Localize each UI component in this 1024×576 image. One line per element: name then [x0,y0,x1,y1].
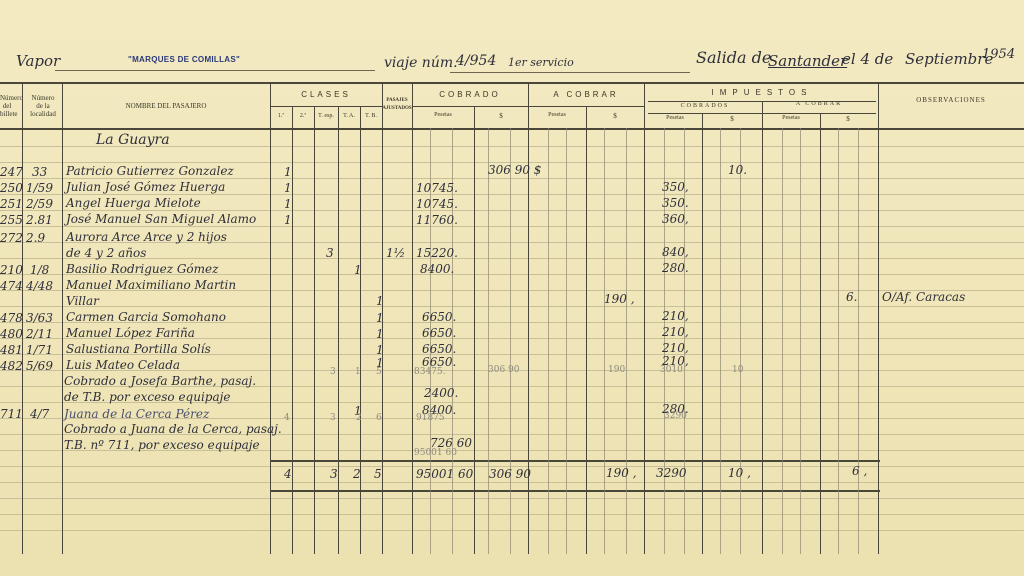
passenger-name: Patricio Gutierrez Gonzalez [66,164,234,178]
salida-date-label: el 4 de [842,50,893,68]
col-impuestos-cobrados: COBRADOS [648,103,762,109]
viaje-suffix: 1er servicio [508,56,574,69]
col-cobrado: COBRADO [412,90,528,99]
col-numero-billete: Número del billete [0,94,14,118]
passenger-name: Julian José Gómez Huerga [66,180,225,194]
passenger-name: Aurora Arce Arce y 2 hijos [66,230,227,244]
passenger-name: Angel Huerga Mielote [66,196,201,210]
salida-year: 1954 [982,47,1015,62]
col-clase-1: 1.ª [270,113,292,119]
passenger-name-cont: Villar [66,294,99,308]
passenger-name: Basilio Rodriguez Gómez [66,262,218,276]
totals-top-rule [270,460,880,462]
col-clase-2: 2.ª [292,113,314,119]
clases-sub-rule [270,106,382,107]
vapor-label: Vapor [16,52,60,70]
col-imp-cobrados-usd: $ [702,115,762,123]
col-numero-localidad: Número de la localidad [24,94,62,118]
col-pasajes-ajustados: PASAJES AJUSTADOS [382,97,412,113]
passenger-name: Juana de la Cerca Pérez [64,407,209,421]
header-top-rule [0,82,1024,84]
col-clase-tb: T. B. [360,113,382,119]
col-nombre: NOMBRE DEL PASAJERO [64,102,268,110]
salida-month: Septiembre [905,50,993,68]
col-impuestos-a-cobrar: A COBRAR [762,101,876,107]
passenger-name: Carmen Garcia Somohano [66,310,226,324]
ledger-page: Vapor "MARQUES DE COMILLAS" viaje núm. 4… [0,0,1024,576]
col-clase-ta: T. A. [338,113,360,119]
viaje-underline [450,72,690,73]
col-cobrado-usd: $ [474,112,528,120]
col-cobrado-pesetas: Pesetas [412,112,474,118]
passenger-name: Luis Mateo Celada [66,358,180,372]
passenger-name-cont: de 4 y 2 años [66,246,146,260]
col-a-cobrar: A COBRAR [528,90,644,99]
viaje-label: viaje núm. [384,55,458,71]
col-a-cobrar-usd: $ [586,112,644,120]
col-clase-tesp: T. esp. [314,113,338,119]
observation-note: O/Af. Caracas [882,290,965,304]
col-impuestos: IMPUESTOS [648,88,876,97]
salida-port: Santander [768,52,847,70]
col-imp-a-cobrar-pesetas: Pesetas [762,115,820,121]
passenger-name: Salustiana Portilla Solís [66,342,211,356]
col-clases: CLASES [270,90,382,99]
col-a-cobrar-pesetas: Pesetas [528,112,586,118]
vapor-underline [55,70,375,71]
passenger-name: Manuel López Fariña [66,326,195,340]
section-title: La Guayra [96,132,170,148]
col-imp-cobrados-pesetas: Pesetas [648,115,702,121]
header-bottom-rule [0,128,1024,130]
passenger-name: Manuel Maximiliano Martin [66,278,236,292]
totals-bottom-rule [270,490,880,492]
col-observaciones: OBSERVACIONES [878,96,1024,104]
col-imp-a-cobrar-usd: $ [820,115,876,123]
viaje-value: 4/954 [456,53,496,69]
ship-name: "MARQUES DE COMILLAS" [128,55,240,64]
salida-label: Salida de [696,48,771,67]
passenger-name: José Manuel San Miguel Alamo [66,212,256,226]
